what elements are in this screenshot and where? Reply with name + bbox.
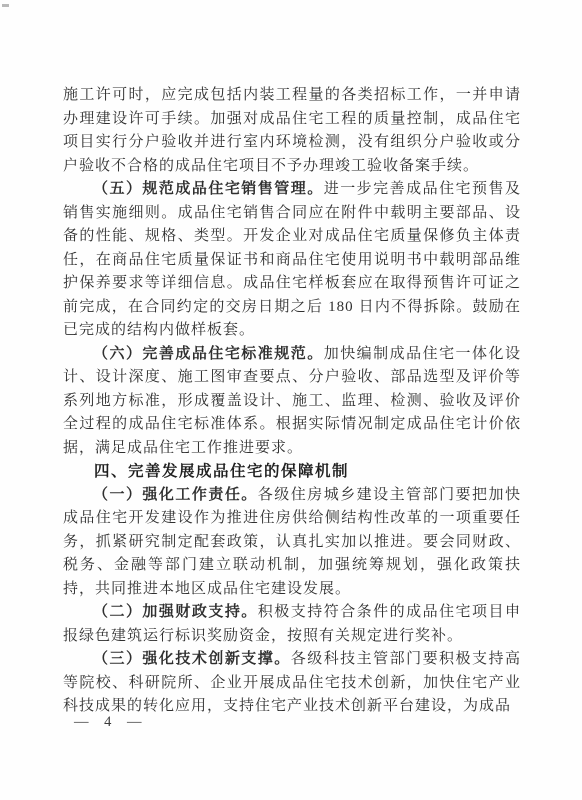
body-paragraph: （六）完善成品住宅标准规范。加快编制成品住宅一体化设计、设计深度、施工图审查要点… (63, 343, 521, 461)
section-heading: 四、完善发展成品住宅的保障机制 (63, 460, 521, 484)
paragraph-text: 进一步完善成品住宅预售及销售实施细则。成品住宅销售合同应在附件中载明主要部品、设… (63, 181, 521, 338)
body-paragraph: （二）加强财政支持。积极支持符合条件的成品住宅项目申报绿色建筑运行标识奖励资金，… (63, 601, 521, 648)
paragraph-lead: （一）强化工作责任。 (93, 487, 258, 503)
paragraph-lead: （六）完善成品住宅标准规范。 (93, 346, 324, 362)
paragraph-text: 加快编制成品住宅一体化设计、设计深度、施工图审查要点、分户验收、部品选型及评价等… (63, 346, 521, 456)
body-paragraph: 施工许可时，应完成包括内装工程量的各类招标工作，一并申请办理建设许可手续。加强对… (63, 84, 521, 178)
paragraph-lead: （三）强化技术创新支撑。 (93, 651, 291, 667)
document-text-block: 施工许可时，应完成包括内装工程量的各类招标工作，一并申请办理建设许可手续。加强对… (63, 84, 521, 719)
paragraph-lead: （五）规范成品住宅销售管理。 (93, 181, 324, 197)
paragraph-text: 施工许可时，应完成包括内装工程量的各类招标工作，一并申请办理建设许可手续。加强对… (63, 87, 521, 174)
page-number: — 4 — (74, 714, 148, 731)
body-paragraph: （五）规范成品住宅销售管理。进一步完善成品住宅预售及销售实施细则。成品住宅销售合… (63, 178, 521, 343)
body-paragraph: （三）强化技术创新支撑。各级科技主管部门要积极支持高等院校、科研院所、企业开展成… (63, 648, 521, 719)
paragraph-lead: （二）加强财政支持。 (93, 604, 258, 620)
paragraph-text: 各级住房城乡建设主管部门要把加快成品住宅开发建设作为推进住房供给侧结构性改革的一… (63, 487, 521, 597)
scan-artifact (2, 4, 9, 7)
body-paragraph: （一）强化工作责任。各级住房城乡建设主管部门要把加快成品住宅开发建设作为推进住房… (63, 484, 521, 602)
document-page: 施工许可时，应完成包括内装工程量的各类招标工作，一并申请办理建设许可手续。加强对… (0, 0, 582, 800)
